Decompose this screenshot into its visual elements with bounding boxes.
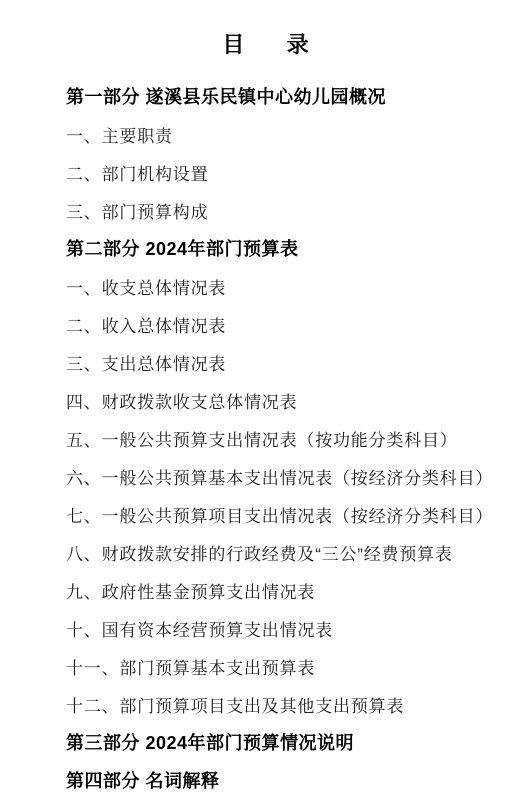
- toc-part-heading: 第四部分 名词解释: [66, 761, 511, 799]
- toc-part-heading: 第一部分 遂溪县乐民镇中心幼儿园概况: [66, 77, 511, 115]
- toc-item: 二、收入总体情况表: [66, 305, 511, 343]
- toc-item: 二、部门机构设置: [66, 153, 511, 191]
- table-of-contents: 第一部分 遂溪县乐民镇中心幼儿园概况 一、主要职责 二、部门机构设置 三、部门预…: [66, 77, 511, 799]
- toc-item: 七、一般公共预算项目支出情况表（按经济分类科目）: [66, 495, 511, 533]
- toc-part-heading: 第三部分 2024年部门预算情况说明: [66, 723, 511, 761]
- document-title: 目 录: [0, 30, 531, 60]
- toc-item: 一、收支总体情况表: [66, 267, 511, 305]
- toc-item: 六、一般公共预算基本支出情况表（按经济分类科目）: [66, 457, 511, 495]
- toc-item: 十、国有资本经营预算支出情况表: [66, 609, 511, 647]
- toc-item: 十一、部门预算基本支出预算表: [66, 647, 511, 685]
- toc-item: 五、一般公共预算支出情况表（按功能分类科目）: [66, 419, 511, 457]
- toc-item: 十二、部门预算项目支出及其他支出预算表: [66, 685, 511, 723]
- document-page: 目 录 第一部分 遂溪县乐民镇中心幼儿园概况 一、主要职责 二、部门机构设置 三…: [0, 0, 531, 806]
- toc-item: 八、财政拨款安排的行政经费及“三公”经费预算表: [66, 533, 511, 571]
- toc-item: 三、支出总体情况表: [66, 343, 511, 381]
- toc-item: 一、主要职责: [66, 115, 511, 153]
- toc-part-heading: 第二部分 2024年部门预算表: [66, 229, 511, 267]
- toc-item: 四、财政拨款收支总体情况表: [66, 381, 511, 419]
- toc-item: 九、政府性基金预算支出情况表: [66, 571, 511, 609]
- toc-item: 三、部门预算构成: [66, 191, 511, 229]
